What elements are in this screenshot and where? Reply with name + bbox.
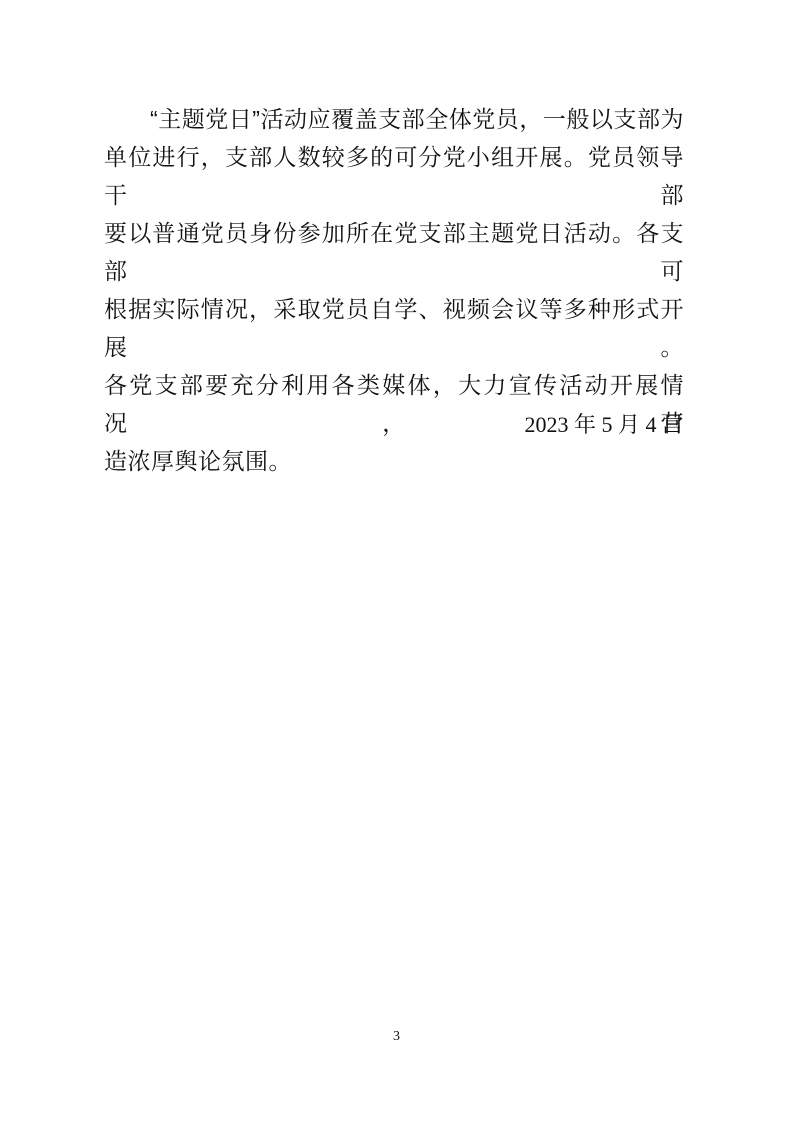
paragraph-line: 要以普通党员身份参加所在党支部主题党日活动。各支部可: [104, 214, 684, 290]
paragraph-line: 根据实际情况，采取党员自学、视频会议等多种形式开展。: [104, 290, 684, 366]
paragraph-line: 单位进行，支部人数较多的可分党小组开展。党员领导干部: [104, 138, 684, 214]
paragraph-line: “主题党日”活动应覆盖支部全体党员，一般以支部为: [104, 100, 684, 138]
document-page: “主题党日”活动应覆盖支部全体党员，一般以支部为 单位进行，支部人数较多的可分党…: [0, 0, 793, 1122]
document-date: 2023 年 5 月 4 日: [104, 406, 684, 444]
paragraph-line: 造浓厚舆论氛围。: [104, 442, 684, 480]
page-number: 3: [0, 1028, 793, 1046]
